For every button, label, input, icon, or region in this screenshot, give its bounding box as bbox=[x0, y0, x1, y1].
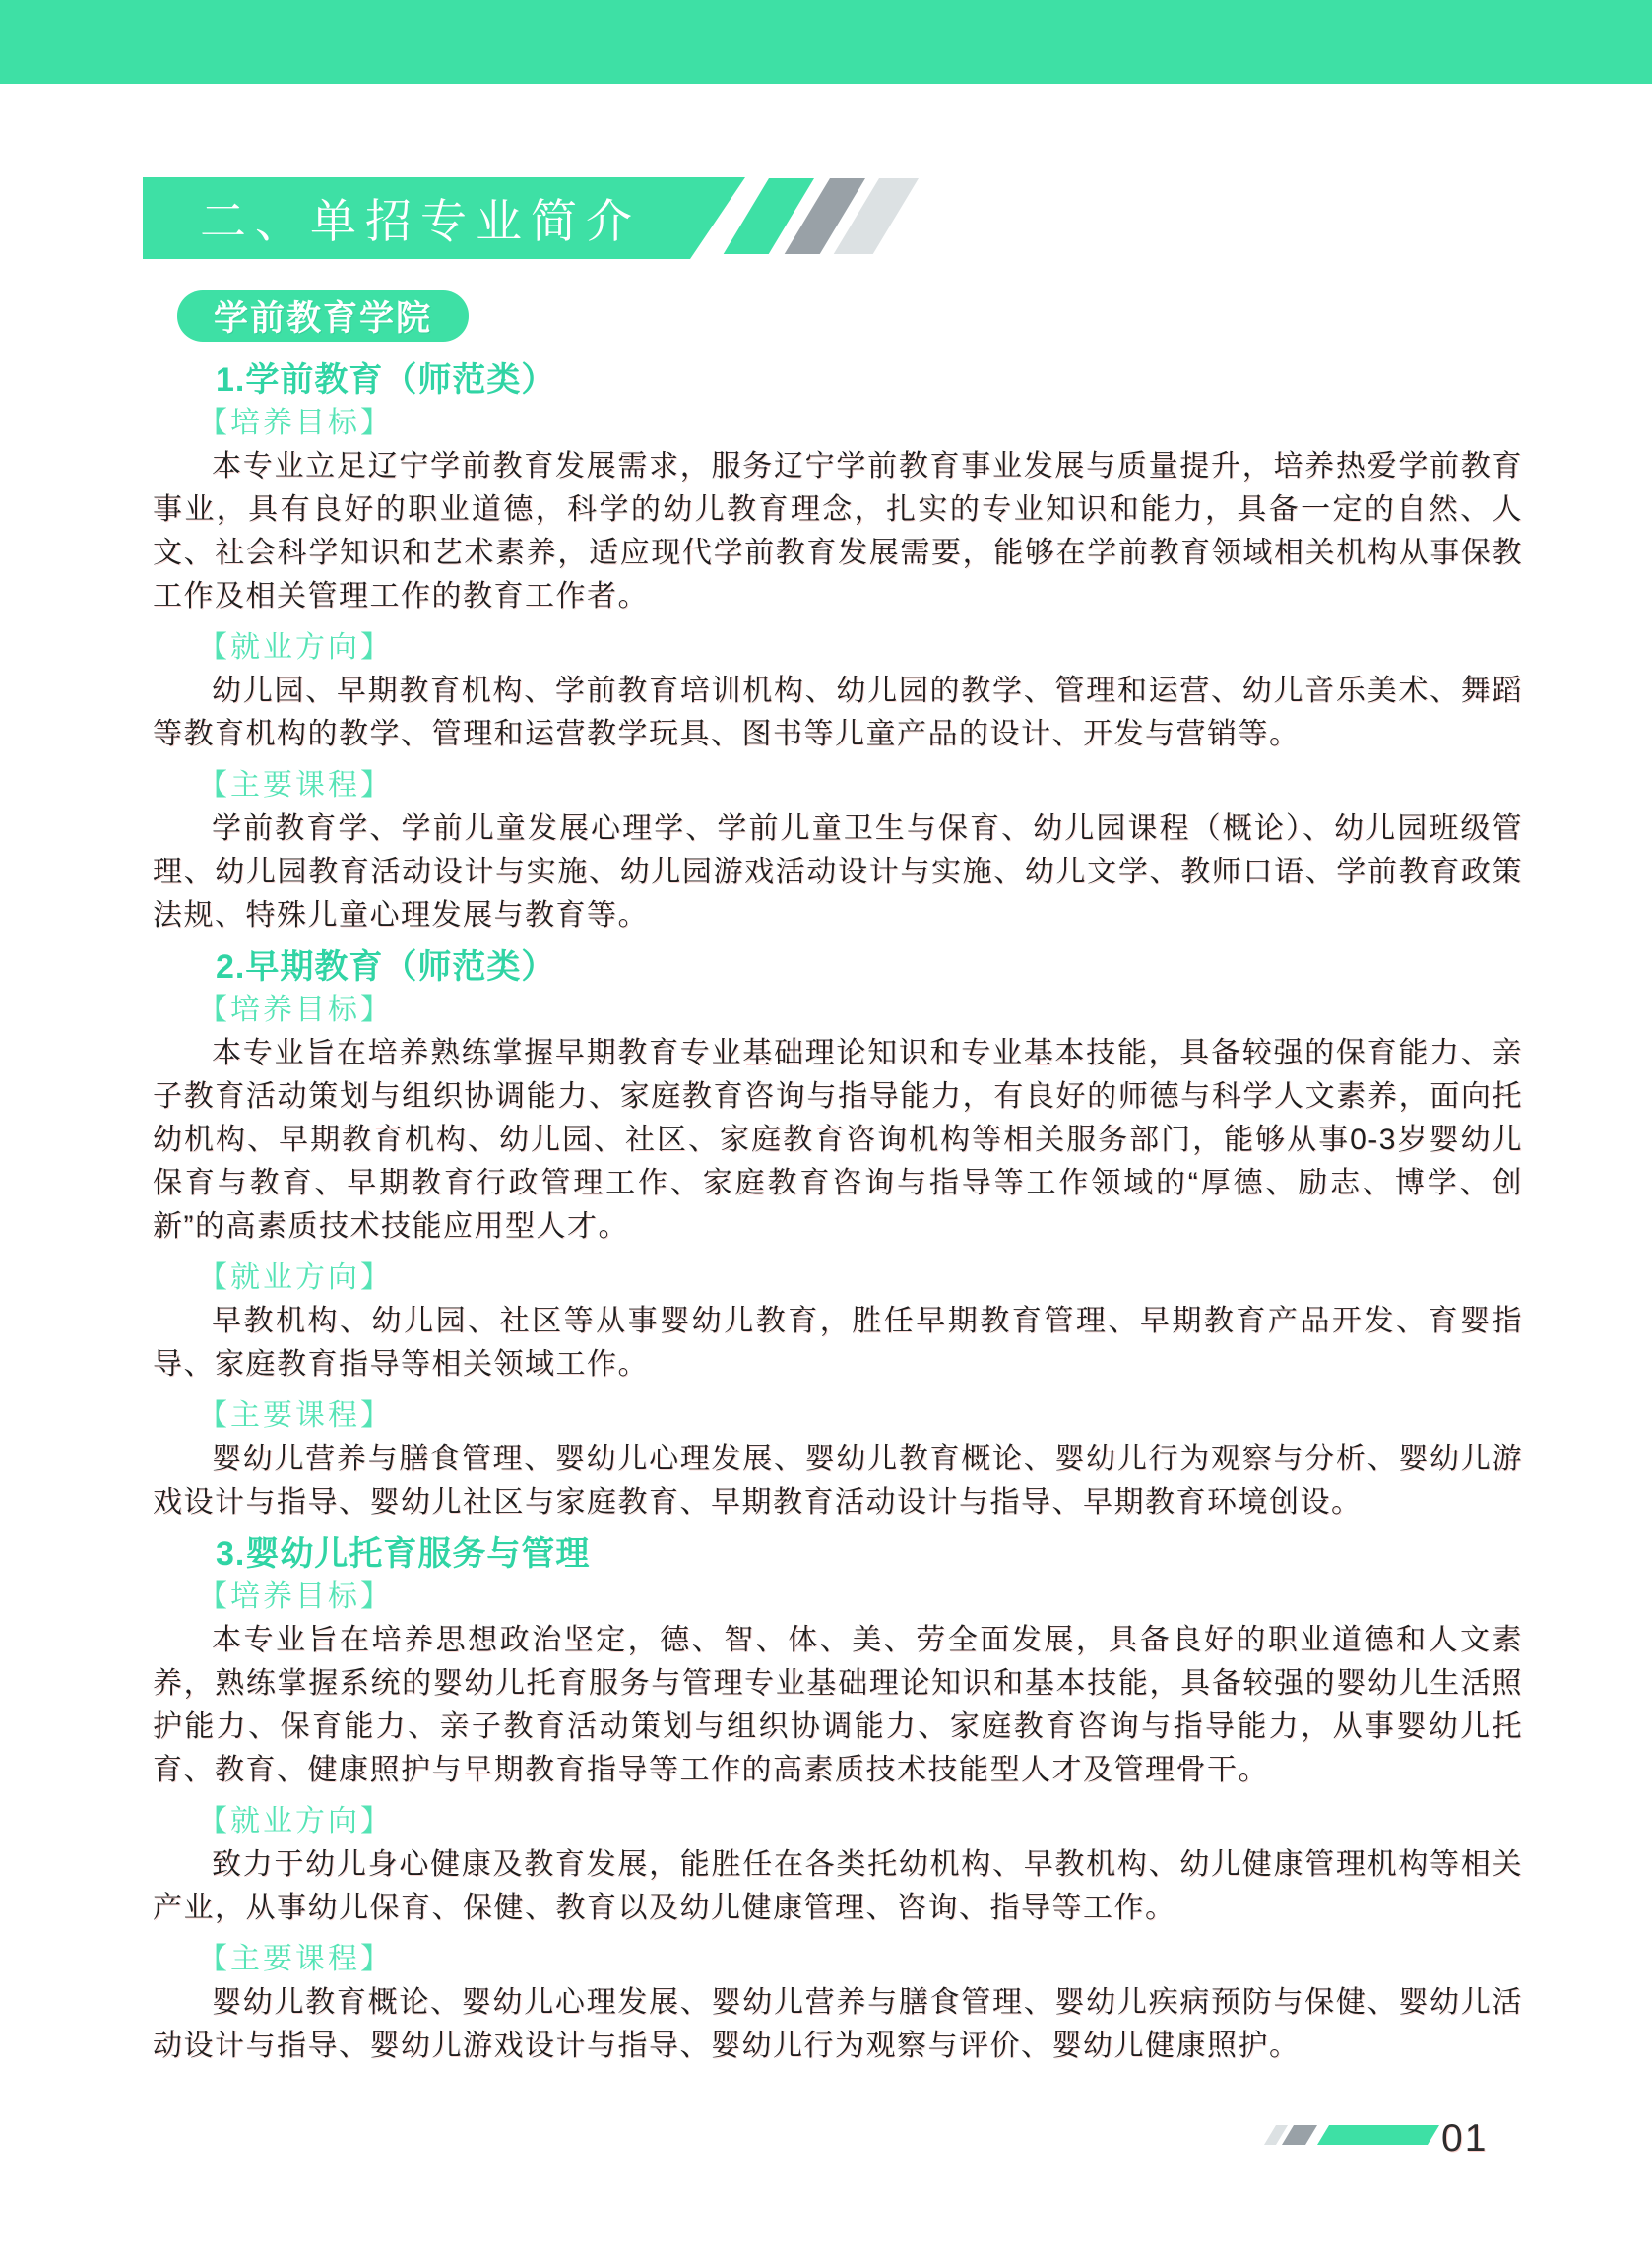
majors-content: 1.学前教育（师范类） 【培养目标】 本专业立足辽宁学前教育发展需求，服务辽宁学… bbox=[153, 355, 1523, 2076]
section-label-employment: 【就业方向】 bbox=[198, 1800, 1523, 1843]
major-block-preschool-education: 1.学前教育（师范类） 【培养目标】 本专业立足辽宁学前教育发展需求，服务辽宁学… bbox=[153, 358, 1523, 937]
major-block-infant-care-service: 3.婴幼儿托育服务与管理 【培养目标】 本专业旨在培养思想政治坚定，德、智、体、… bbox=[153, 1532, 1523, 2068]
page-number: 01 bbox=[1441, 2117, 1488, 2160]
section-label-main-courses: 【主要课程】 bbox=[198, 1394, 1523, 1438]
section-label-employment: 【就业方向】 bbox=[198, 626, 1523, 670]
section-text-employment: 致力于幼儿身心健康及教育发展，能胜任在各类托幼机构、早教机构、幼儿健康管理机构等… bbox=[153, 1843, 1523, 1930]
section-label-employment: 【就业方向】 bbox=[198, 1257, 1523, 1300]
section-text-training-goal: 本专业旨在培养思想政治坚定，德、智、体、美、劳全面发展，具备良好的职业道德和人文… bbox=[153, 1619, 1523, 1792]
major-title: 1.学前教育（师范类） bbox=[216, 358, 1523, 402]
section-banner-title: 二、单招专业简介 bbox=[143, 185, 641, 251]
major-block-early-education: 2.早期教育（师范类） 【培养目标】 本专业旨在培养熟练掌握早期教育专业基础理论… bbox=[153, 945, 1523, 1524]
college-name-label: 学前教育学院 bbox=[214, 291, 432, 341]
page-top-bar bbox=[0, 0, 1652, 84]
section-text-employment: 早教机构、幼儿园、社区等从事婴幼儿教育，胜任早期教育管理、早期教育产品开发、育婴… bbox=[153, 1300, 1523, 1386]
college-name-pill: 学前教育学院 bbox=[177, 290, 469, 342]
footer-bar-teal-icon bbox=[1317, 2125, 1439, 2145]
section-banner-background: 二、单招专业简介 bbox=[143, 177, 745, 259]
section-text-employment: 幼儿园、早期教育机构、学前教育培训机构、幼儿园的教学、管理和运营、幼儿音乐美术、… bbox=[153, 670, 1523, 756]
section-text-training-goal: 本专业立足辽宁学前教育发展需求，服务辽宁学前教育事业发展与质量提升，培养热爱学前… bbox=[153, 445, 1523, 618]
section-text-main-courses: 婴幼儿营养与膳食管理、婴幼儿心理发展、婴幼儿教育概论、婴幼儿行为观察与分析、婴幼… bbox=[153, 1438, 1523, 1524]
major-title: 3.婴幼儿托育服务与管理 bbox=[216, 1532, 1523, 1576]
section-label-main-courses: 【主要课程】 bbox=[198, 764, 1523, 807]
page-footer: 01 bbox=[0, 2117, 1652, 2161]
section-label-training-goal: 【培养目标】 bbox=[198, 402, 1523, 445]
footer-stripe-gray-icon bbox=[1282, 2125, 1317, 2145]
section-text-training-goal: 本专业旨在培养熟练掌握早期教育专业基础理论知识和专业基本技能，具备较强的保育能力… bbox=[153, 1032, 1523, 1249]
section-label-main-courses: 【主要课程】 bbox=[198, 1938, 1523, 1981]
major-title: 2.早期教育（师范类） bbox=[216, 945, 1523, 989]
section-label-training-goal: 【培养目标】 bbox=[198, 989, 1523, 1032]
section-text-main-courses: 学前教育学、学前儿童发展心理学、学前儿童卫生与保育、幼儿园课程（概论）、幼儿园班… bbox=[153, 807, 1523, 937]
section-text-main-courses: 婴幼儿教育概论、婴幼儿心理发展、婴幼儿营养与膳食管理、婴幼儿疾病预防与保健、婴幼… bbox=[153, 1981, 1523, 2068]
section-label-training-goal: 【培养目标】 bbox=[198, 1576, 1523, 1619]
